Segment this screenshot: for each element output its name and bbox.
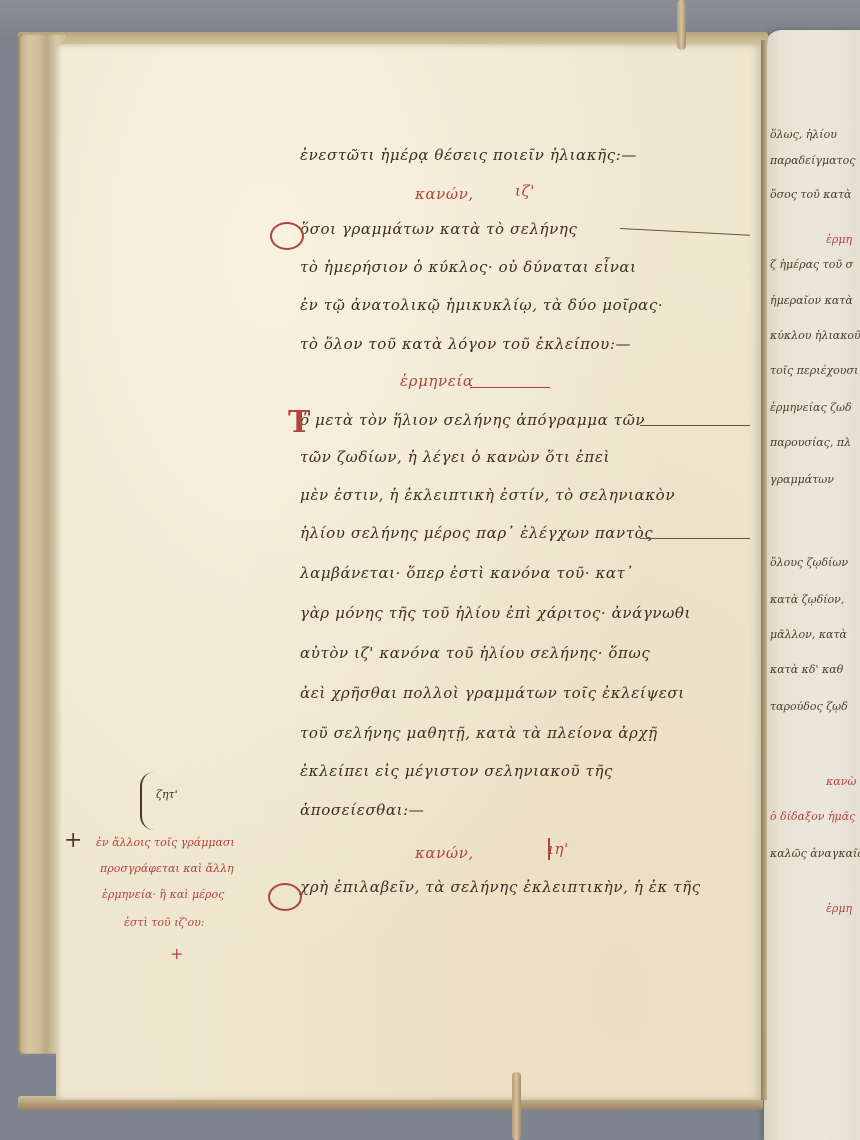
facing-text-line: ἡμεραῖον κατὰ (770, 294, 853, 307)
facing-text-line: κατὰ κδ' καθ (770, 663, 843, 676)
text-line: τὸ ἡμερήσιον ὁ κύκλος· οὐ δύναται εἶναι (300, 258, 637, 276)
facing-text-line: κανὼ (826, 775, 856, 788)
facing-text-line: ζ ἡμέρας τοῦ σ (770, 258, 853, 271)
facing-text-line: ἑρμηνείας ζωδ (770, 401, 852, 414)
margin-cross-mark: + (64, 828, 82, 853)
text-line: ἐνεστῶτι ἡμέρᾳ θέσεις ποιεῖν ἡλιακῆς:— (300, 146, 637, 164)
facing-text-line: ὁ δίδαξον ἡμᾶς (770, 810, 855, 823)
facing-text-line: ὅλως, ἡλίου (770, 128, 837, 141)
rubric-initial-circle (270, 222, 304, 250)
facing-text-line: ὅσος τοῦ κατὰ (770, 188, 851, 201)
text-line: τῶν ζωδίων, ἡ λέγει ὁ κανὼν ὅτι ἐπεὶ (300, 448, 610, 466)
facing-text-line: ταρούδος ζῳδ (770, 700, 848, 713)
rubric-initial-T: Τ (288, 405, 310, 440)
text-line: αὐτὸν ιζ' κανόνα τοῦ ἡλίου σελήνης· ὅπως (300, 644, 650, 662)
facing-text-line: κύκλου ἡλιακοῦ (770, 329, 860, 342)
margin-rule (640, 538, 750, 539)
text-line: μὲν ἐστιν, ἡ ἐκλειπτικὴ ἐστίν, τὸ σεληνι… (300, 486, 675, 504)
rubric-mark (548, 838, 550, 860)
margin-note-line: ἐν ἄλλοις τοῖς γράμμασι (96, 836, 235, 849)
text-line: τὸ ὅλον τοῦ κατὰ λόγον τοῦ ἐκλείπου:— (300, 335, 631, 353)
facing-text-line: παραδείγματος ἡ ἐπ (770, 154, 860, 167)
margin-cross-mark: + (170, 944, 183, 963)
text-line: ἐν τῷ ἀνατολικῷ ἡμικυκλίῳ, τὰ δύο μοῖρας… (300, 296, 663, 314)
text-line: χρὴ ἐπιλαβεῖν, τὰ σελήνης ἐκλειπτικὴν, ἡ… (300, 878, 701, 896)
rubric-heading: κανών, (415, 844, 474, 862)
text-line: ὅσοι γραμμάτων κατὰ τὸ σελήνης (300, 220, 577, 238)
text-line: ἀποσείεσθαι:— (300, 801, 424, 819)
text-line: ἡλίου σελήνης μέρος παρ᾽ ἐλέγχων παντὸς (300, 524, 653, 542)
facing-text-line: μᾶλλον, κατὰ (770, 628, 847, 641)
rubric-heading: ἑρμηνεία (400, 372, 474, 390)
facing-text-line: τοῖς περιέχουσι (770, 364, 858, 377)
text-line: γὰρ μόνης τῆς τοῦ ἡλίου ἐπὶ χάριτος· ἀνά… (300, 604, 691, 622)
rubric-heading: ιζ' (515, 182, 535, 200)
text-line: ὁ μετὰ τὸν ἥλιον σελήνης ἀπόγραμμα τῶν (300, 411, 645, 429)
facing-text-line: γραμμάτων (770, 473, 834, 486)
margin-bracket (140, 772, 156, 830)
rubric-initial-circle (268, 883, 302, 911)
margin-rule (640, 425, 750, 426)
text-line: λαμβάνεται· ὅπερ ἐστὶ κανόνα τοῦ· κατ᾽ (300, 564, 634, 582)
page-gutter (761, 40, 767, 1100)
text-line: ἐκλείπει εἰς μέγιστον σεληνιακοῦ τῆς (300, 762, 613, 780)
rubric-underline (470, 387, 550, 388)
text-line: τοῦ σελήνης μαθητῇ, κατὰ τὰ πλείονα ἀρχῇ (300, 724, 658, 742)
margin-note-line: ἐστὶ τοῦ ιζ'ου: (124, 916, 205, 929)
margin-bracket-label: ζητ' (156, 788, 178, 801)
facing-text-line: ὅλους ζῳδίων (770, 556, 848, 569)
facing-text-line: ἑρμη (826, 233, 852, 246)
facing-text-line: κατὰ ζῳδίον, (770, 593, 844, 606)
manuscript-photo: ἐνεστῶτι ἡμέρᾳ θέσεις ποιεῖν ἡλιακῆς:—κα… (0, 0, 860, 1140)
page-marker-stick (512, 1072, 521, 1140)
rubric-heading: ιη' (548, 840, 569, 858)
margin-note-line: ἑρμηνεία· ἣ καὶ μέρος (102, 888, 224, 901)
rubric-heading: κανών, (415, 185, 474, 203)
facing-text-line: ἑρμη (826, 902, 852, 915)
margin-note-line: προσγράφεται καὶ ἄλλη (100, 862, 234, 875)
text-line: ἀεὶ χρῆσθαι πολλοὶ γραμμάτων τοῖς ἐκλείψ… (300, 684, 685, 702)
facing-text-line: καλῶς ἀναγκαῖον (770, 847, 860, 860)
page-marker-stick (677, 0, 686, 50)
facing-text-line: παρουσίας, πλ (770, 436, 851, 449)
